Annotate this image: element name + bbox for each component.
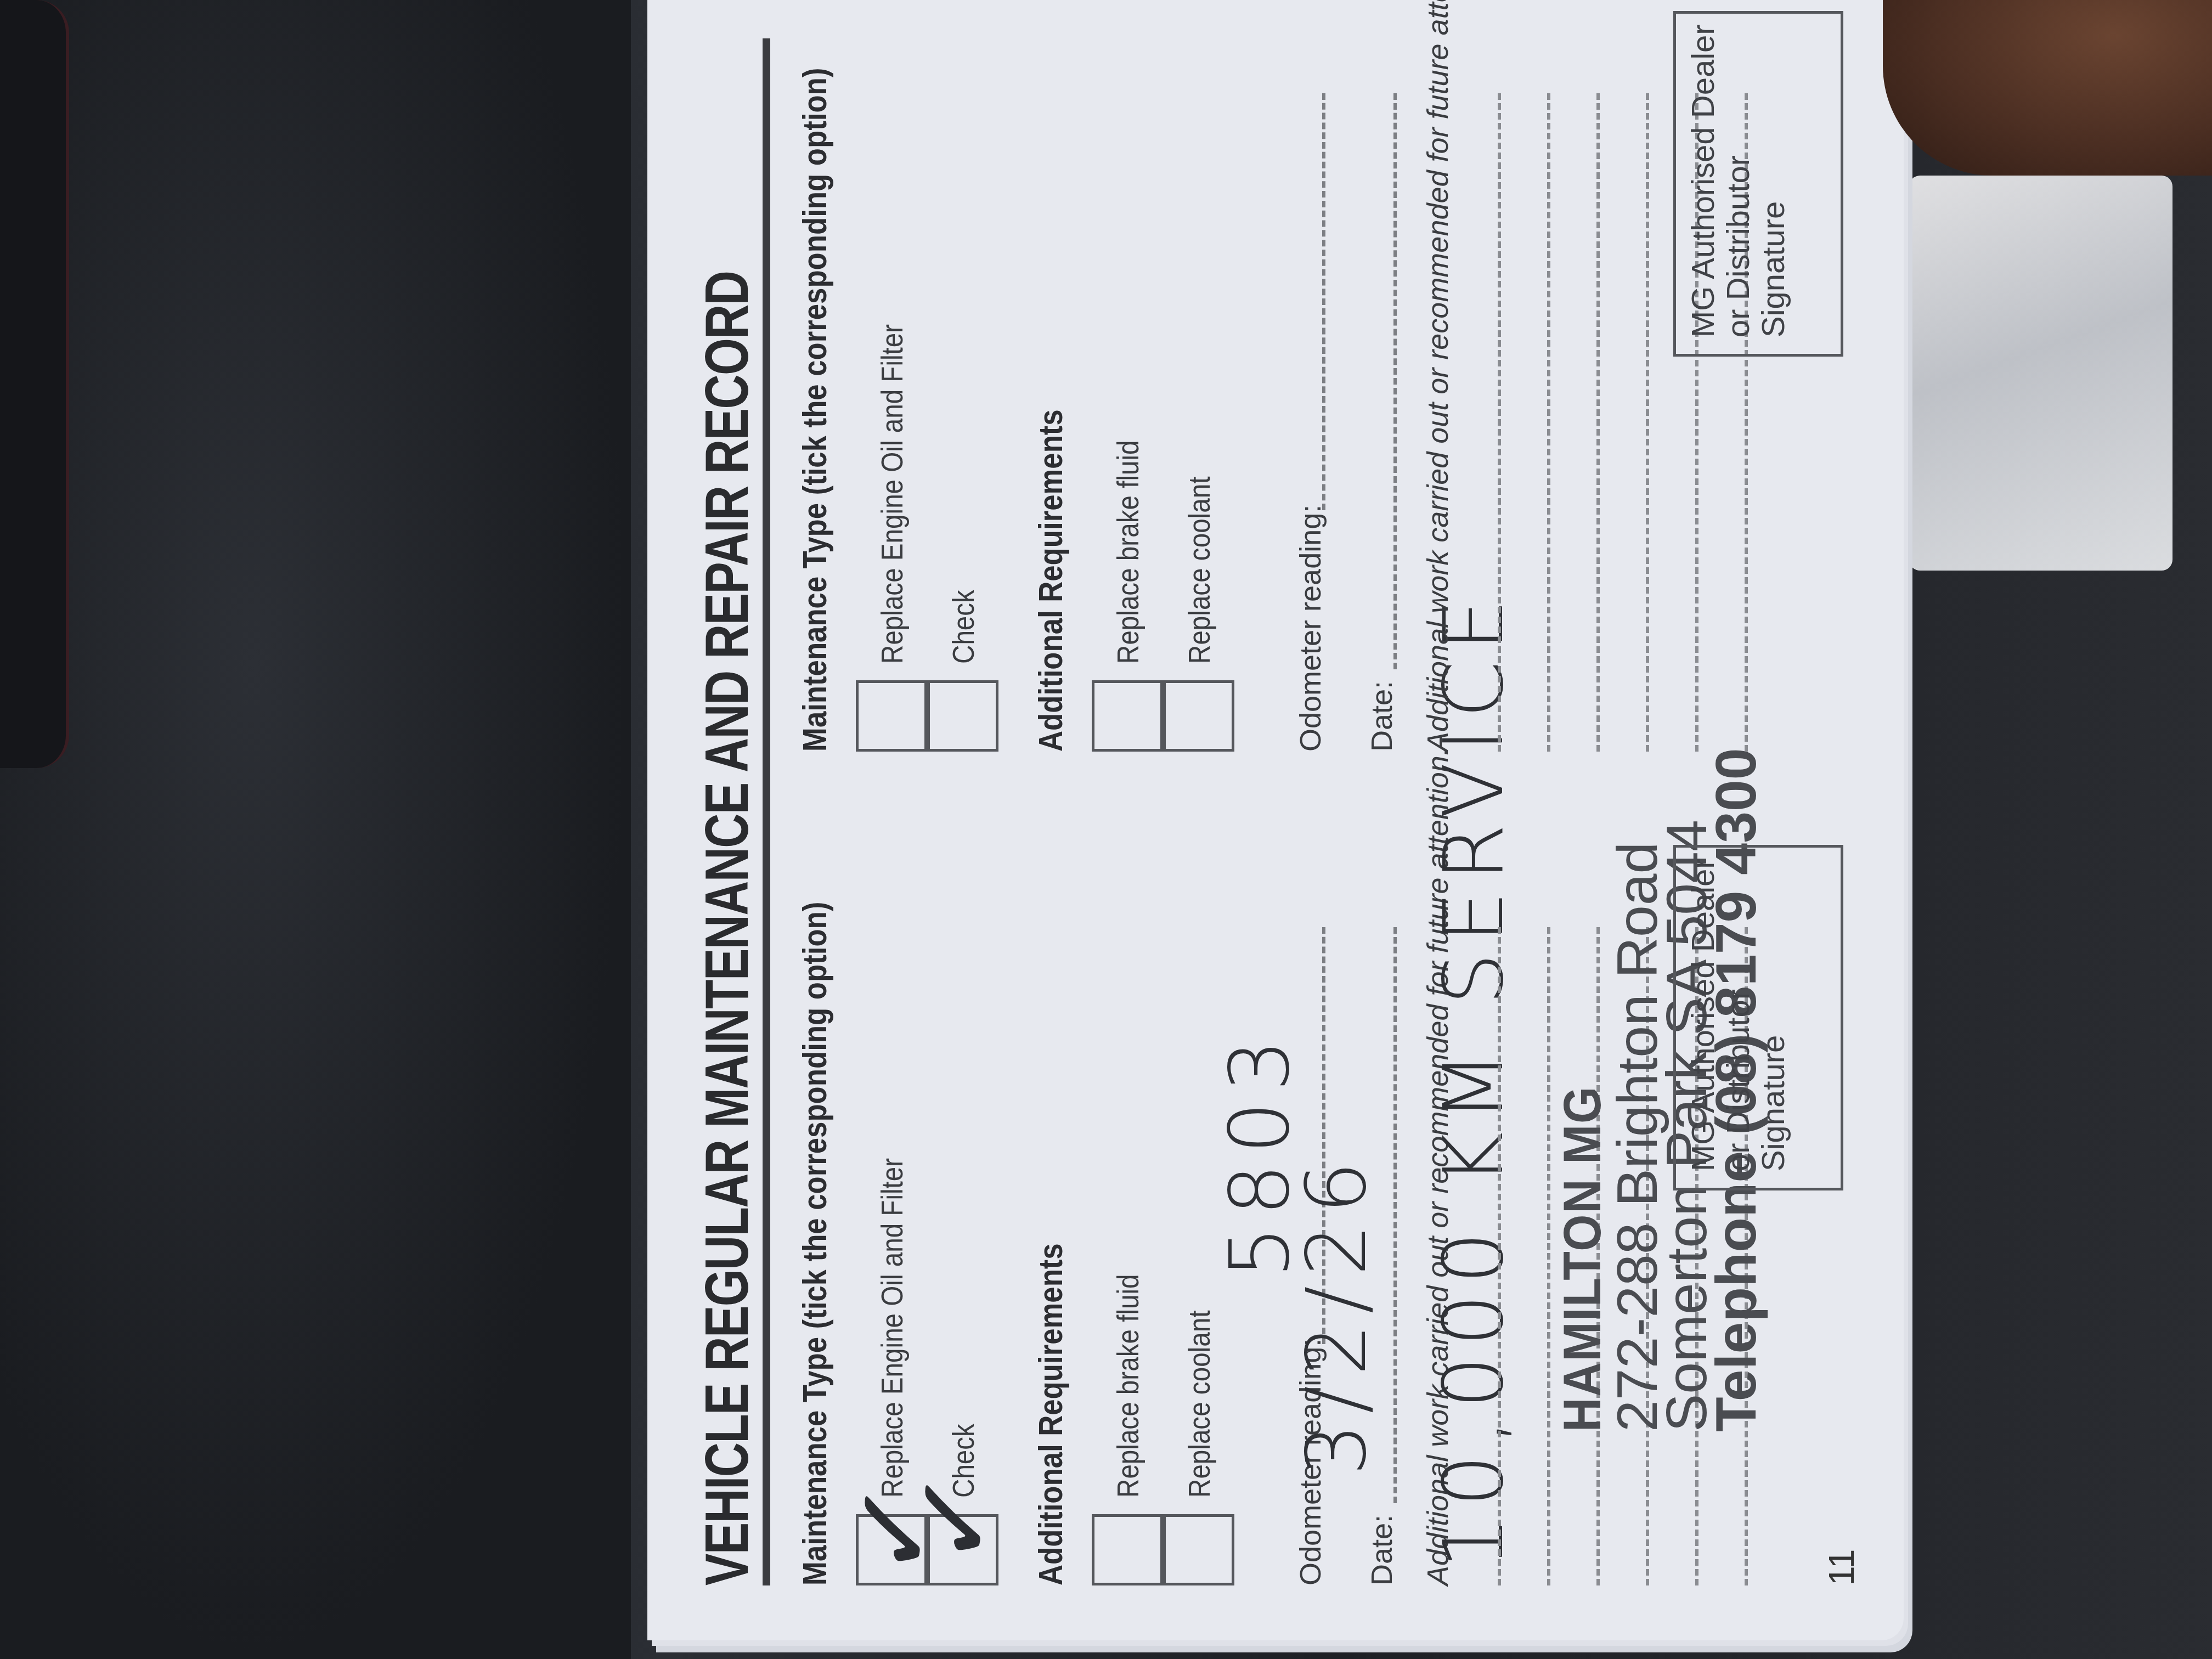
signature-box-label: MG Authorised Dealer or Distributor Sign… bbox=[1686, 848, 1791, 1171]
option-label: Replace brake fluid bbox=[1110, 1274, 1145, 1498]
option-label: Check bbox=[945, 1424, 981, 1498]
option-label: Replace coolant bbox=[1181, 477, 1217, 664]
work-line[interactable] bbox=[1498, 927, 1501, 1585]
option-brake-fluid[interactable]: Replace brake fluid bbox=[1092, 401, 1163, 752]
date-label: Date: bbox=[1365, 1515, 1399, 1585]
option-check[interactable]: ✓ Check bbox=[927, 1410, 998, 1585]
checkbox-coolant[interactable] bbox=[1163, 680, 1234, 752]
signature-box[interactable]: MG Authorised Dealer or Distributor Sign… bbox=[1673, 11, 1843, 357]
work-line[interactable] bbox=[1547, 927, 1550, 1585]
seat-edge bbox=[0, 0, 69, 768]
checkbox-check[interactable] bbox=[927, 680, 998, 752]
plastic-sleeve bbox=[1909, 176, 2172, 571]
additional-requirements-heading: Additional Requirements bbox=[1031, 1243, 1070, 1585]
service-entry-1: Maintenance Type (tick the corresponding… bbox=[795, 927, 1838, 1585]
option-label: Check bbox=[945, 590, 981, 664]
option-label: Replace coolant bbox=[1181, 1311, 1217, 1498]
checkbox-brake-fluid[interactable] bbox=[1092, 680, 1163, 752]
checkbox-coolant[interactable] bbox=[1163, 1514, 1234, 1585]
option-label: Replace brake fluid bbox=[1110, 441, 1145, 664]
dealer-name: HAMILTON MG bbox=[1553, 816, 1613, 1432]
work-line[interactable] bbox=[1547, 93, 1550, 752]
work-line[interactable] bbox=[1646, 93, 1649, 752]
odometer-line bbox=[1322, 93, 1325, 510]
work-line[interactable] bbox=[1498, 93, 1501, 752]
maintenance-type-heading: Maintenance Type (tick the corresponding… bbox=[795, 68, 834, 752]
date-label: Date: bbox=[1365, 681, 1399, 752]
title-rule bbox=[763, 38, 770, 1585]
work-line[interactable] bbox=[1596, 93, 1600, 752]
option-check[interactable]: Check bbox=[927, 577, 998, 752]
signature-box[interactable]: MG Authorised Dealer or Distributor Sign… bbox=[1673, 845, 1843, 1190]
maintenance-type-heading: Maintenance Type (tick the corresponding… bbox=[795, 902, 834, 1585]
date-line bbox=[1393, 93, 1397, 669]
date-field[interactable]: Date: bbox=[1350, 93, 1404, 752]
odometer-field[interactable]: Odometer reading: bbox=[1278, 93, 1333, 752]
option-replace-oil[interactable]: Replace Engine Oil and Filter bbox=[856, 264, 927, 752]
additional-requirements-heading: Additional Requirements bbox=[1031, 409, 1070, 752]
odometer-label: Odometer reading: bbox=[1294, 505, 1328, 752]
option-coolant[interactable]: Replace coolant bbox=[1163, 1277, 1234, 1585]
signature-box-label: MG Authorised Dealer or Distributor Sign… bbox=[1686, 14, 1791, 337]
page-number: 11 bbox=[1821, 1549, 1862, 1585]
car-seat-background bbox=[0, 0, 631, 1659]
option-coolant[interactable]: Replace coolant bbox=[1163, 443, 1234, 752]
service-entry-2: Maintenance Type (tick the corresponding… bbox=[795, 93, 1838, 752]
service-record-page: VEHICLE REGULAR MAINTENANCE AND REPAIR R… bbox=[675, 38, 1871, 1618]
date-value: 3/2/26 bbox=[1289, 1152, 1385, 1476]
holding-hand bbox=[1883, 0, 2212, 176]
checkbox-brake-fluid[interactable] bbox=[1092, 1514, 1163, 1585]
option-label: Replace Engine Oil and Filter bbox=[874, 1158, 910, 1498]
checkbox-check[interactable]: ✓ bbox=[927, 1514, 998, 1585]
option-label: Replace Engine Oil and Filter bbox=[874, 324, 910, 664]
date-field[interactable]: Date: 3/2/26 bbox=[1350, 927, 1404, 1585]
additional-work-label: Additional work carried out or recommend… bbox=[1421, 0, 1455, 752]
option-brake-fluid[interactable]: Replace brake fluid bbox=[1092, 1235, 1163, 1585]
date-line bbox=[1393, 927, 1397, 1503]
page-title: VEHICLE REGULAR MAINTENANCE AND REPAIR R… bbox=[691, 272, 762, 1585]
checkbox-replace-oil[interactable] bbox=[856, 680, 927, 752]
